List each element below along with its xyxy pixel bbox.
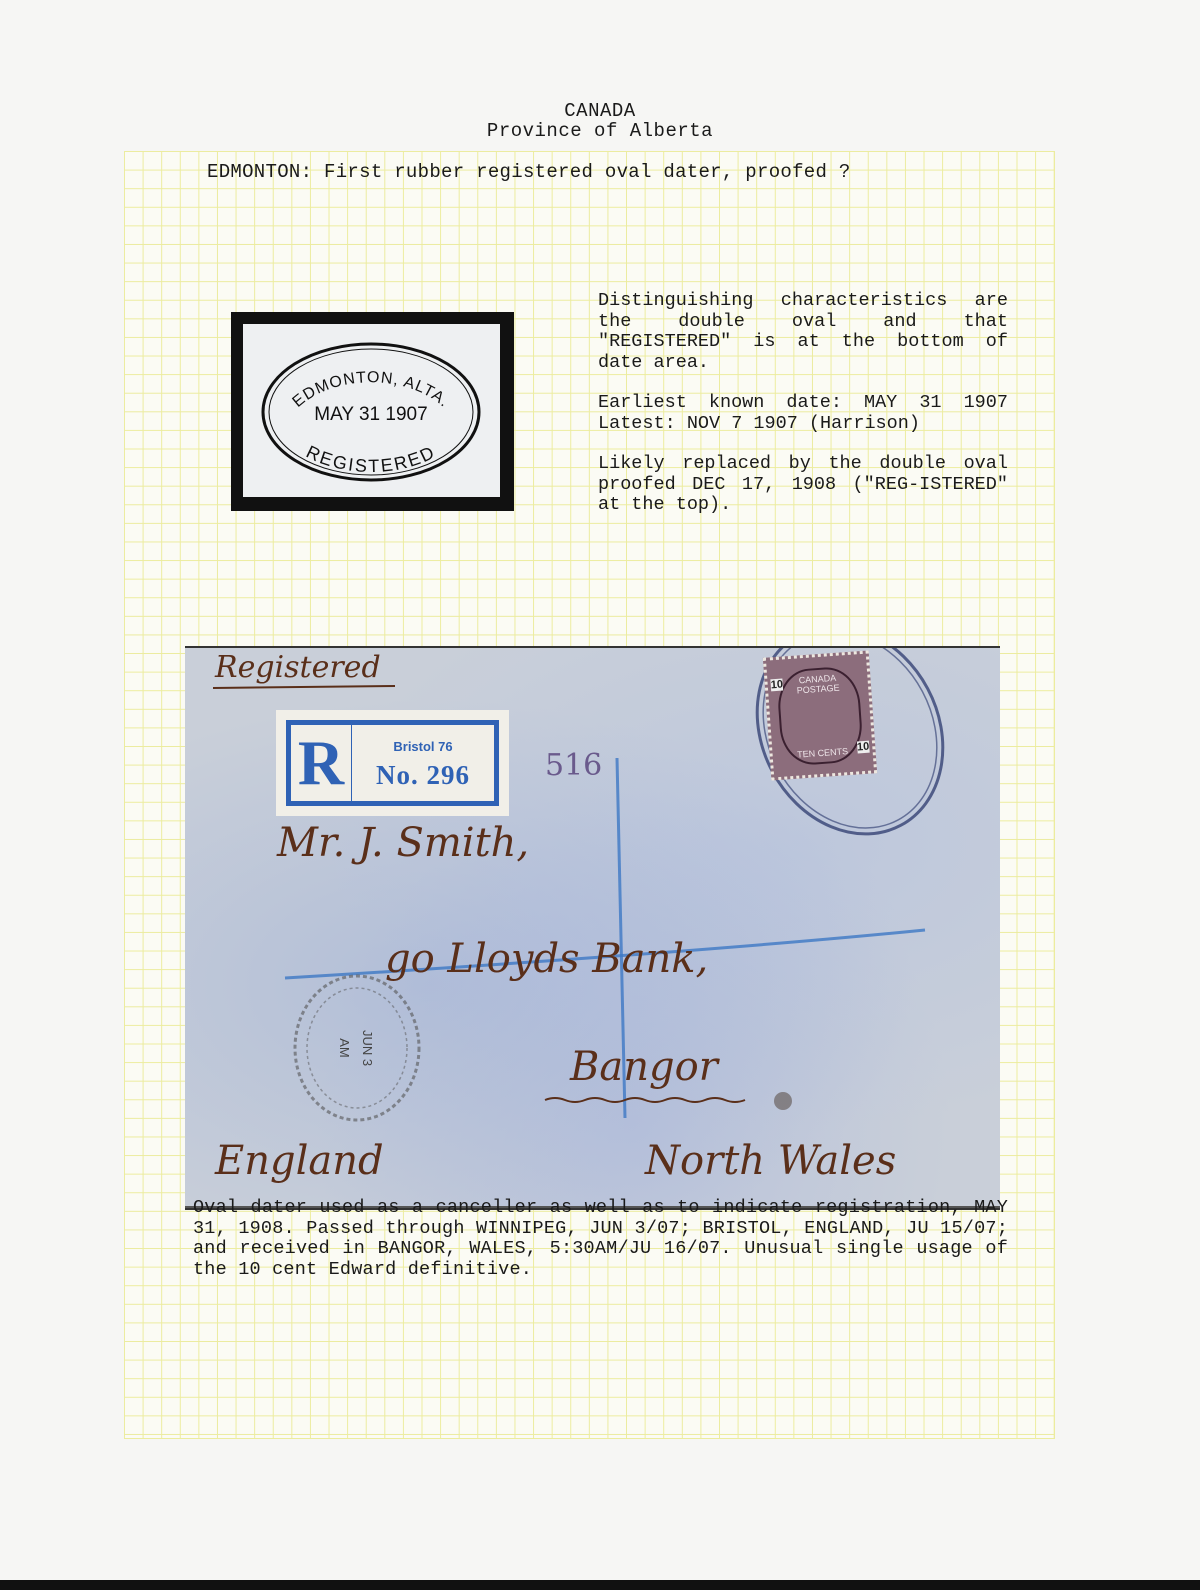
caption-text: Oval dater used as a canceller as well a…: [193, 1198, 1008, 1280]
registered-cover: AM JUN 3 Registered R Bristol 76 No. 296…: [185, 646, 1000, 1208]
address-country: England: [215, 1138, 384, 1184]
notes-block: Distinguishing characteristics are the d…: [598, 291, 1008, 536]
note-characteristics: Distinguishing characteristics are the d…: [598, 291, 1008, 373]
pencil-note: 516: [545, 748, 602, 783]
note-dates: Earliest known date: MAY 31 1907 Latest:…: [598, 393, 1008, 434]
stamp-country: CANADA POSTAGE: [778, 671, 857, 696]
address-line-1: Mr. J. Smith,: [277, 820, 529, 866]
stamp-value: 10: [770, 678, 783, 691]
svg-text:REGISTERED: REGISTERED: [303, 442, 439, 476]
registration-label: R Bristol 76 No. 296: [276, 710, 509, 816]
manuscript-registered: Registered: [215, 650, 381, 685]
proof-bottom-text: REGISTERED: [303, 442, 439, 476]
address-line-4: North Wales: [645, 1138, 896, 1184]
stamp-denomination: TEN CENTS: [783, 745, 862, 760]
cover-caption: Oval dater used as a canceller as well a…: [193, 1198, 1008, 1280]
registration-letter: R: [291, 725, 352, 801]
proof-date: MAY 31 1907: [314, 404, 427, 425]
address-line-2: go Lloyds Bank,: [385, 936, 708, 982]
proof-strike-image: EDMONTON, ALTA. MAY 31 1907 REGISTERED: [243, 324, 500, 497]
stamp-value-2: 10: [857, 740, 870, 753]
registration-number: No. 296: [352, 760, 494, 791]
scan-edge: [0, 1580, 1200, 1590]
page-title-country: CANADA: [0, 101, 1200, 122]
transit-cancel-date: JUN 3: [360, 1030, 375, 1066]
registration-office: Bristol 76: [352, 739, 494, 754]
address-line-3: Bangor: [570, 1044, 718, 1090]
transit-cancel-time: AM: [337, 1038, 352, 1058]
note-replacement: Likely replaced by the double oval proof…: [598, 454, 1008, 516]
page-title-province: Province of Alberta: [0, 121, 1200, 142]
proof-strike-frame: EDMONTON, ALTA. MAY 31 1907 REGISTERED: [231, 312, 514, 511]
edward-10-cent-stamp: CANADA POSTAGE TEN CENTS 10 10: [763, 650, 877, 780]
page-subtitle: EDMONTON: First rubber registered oval d…: [207, 161, 851, 183]
